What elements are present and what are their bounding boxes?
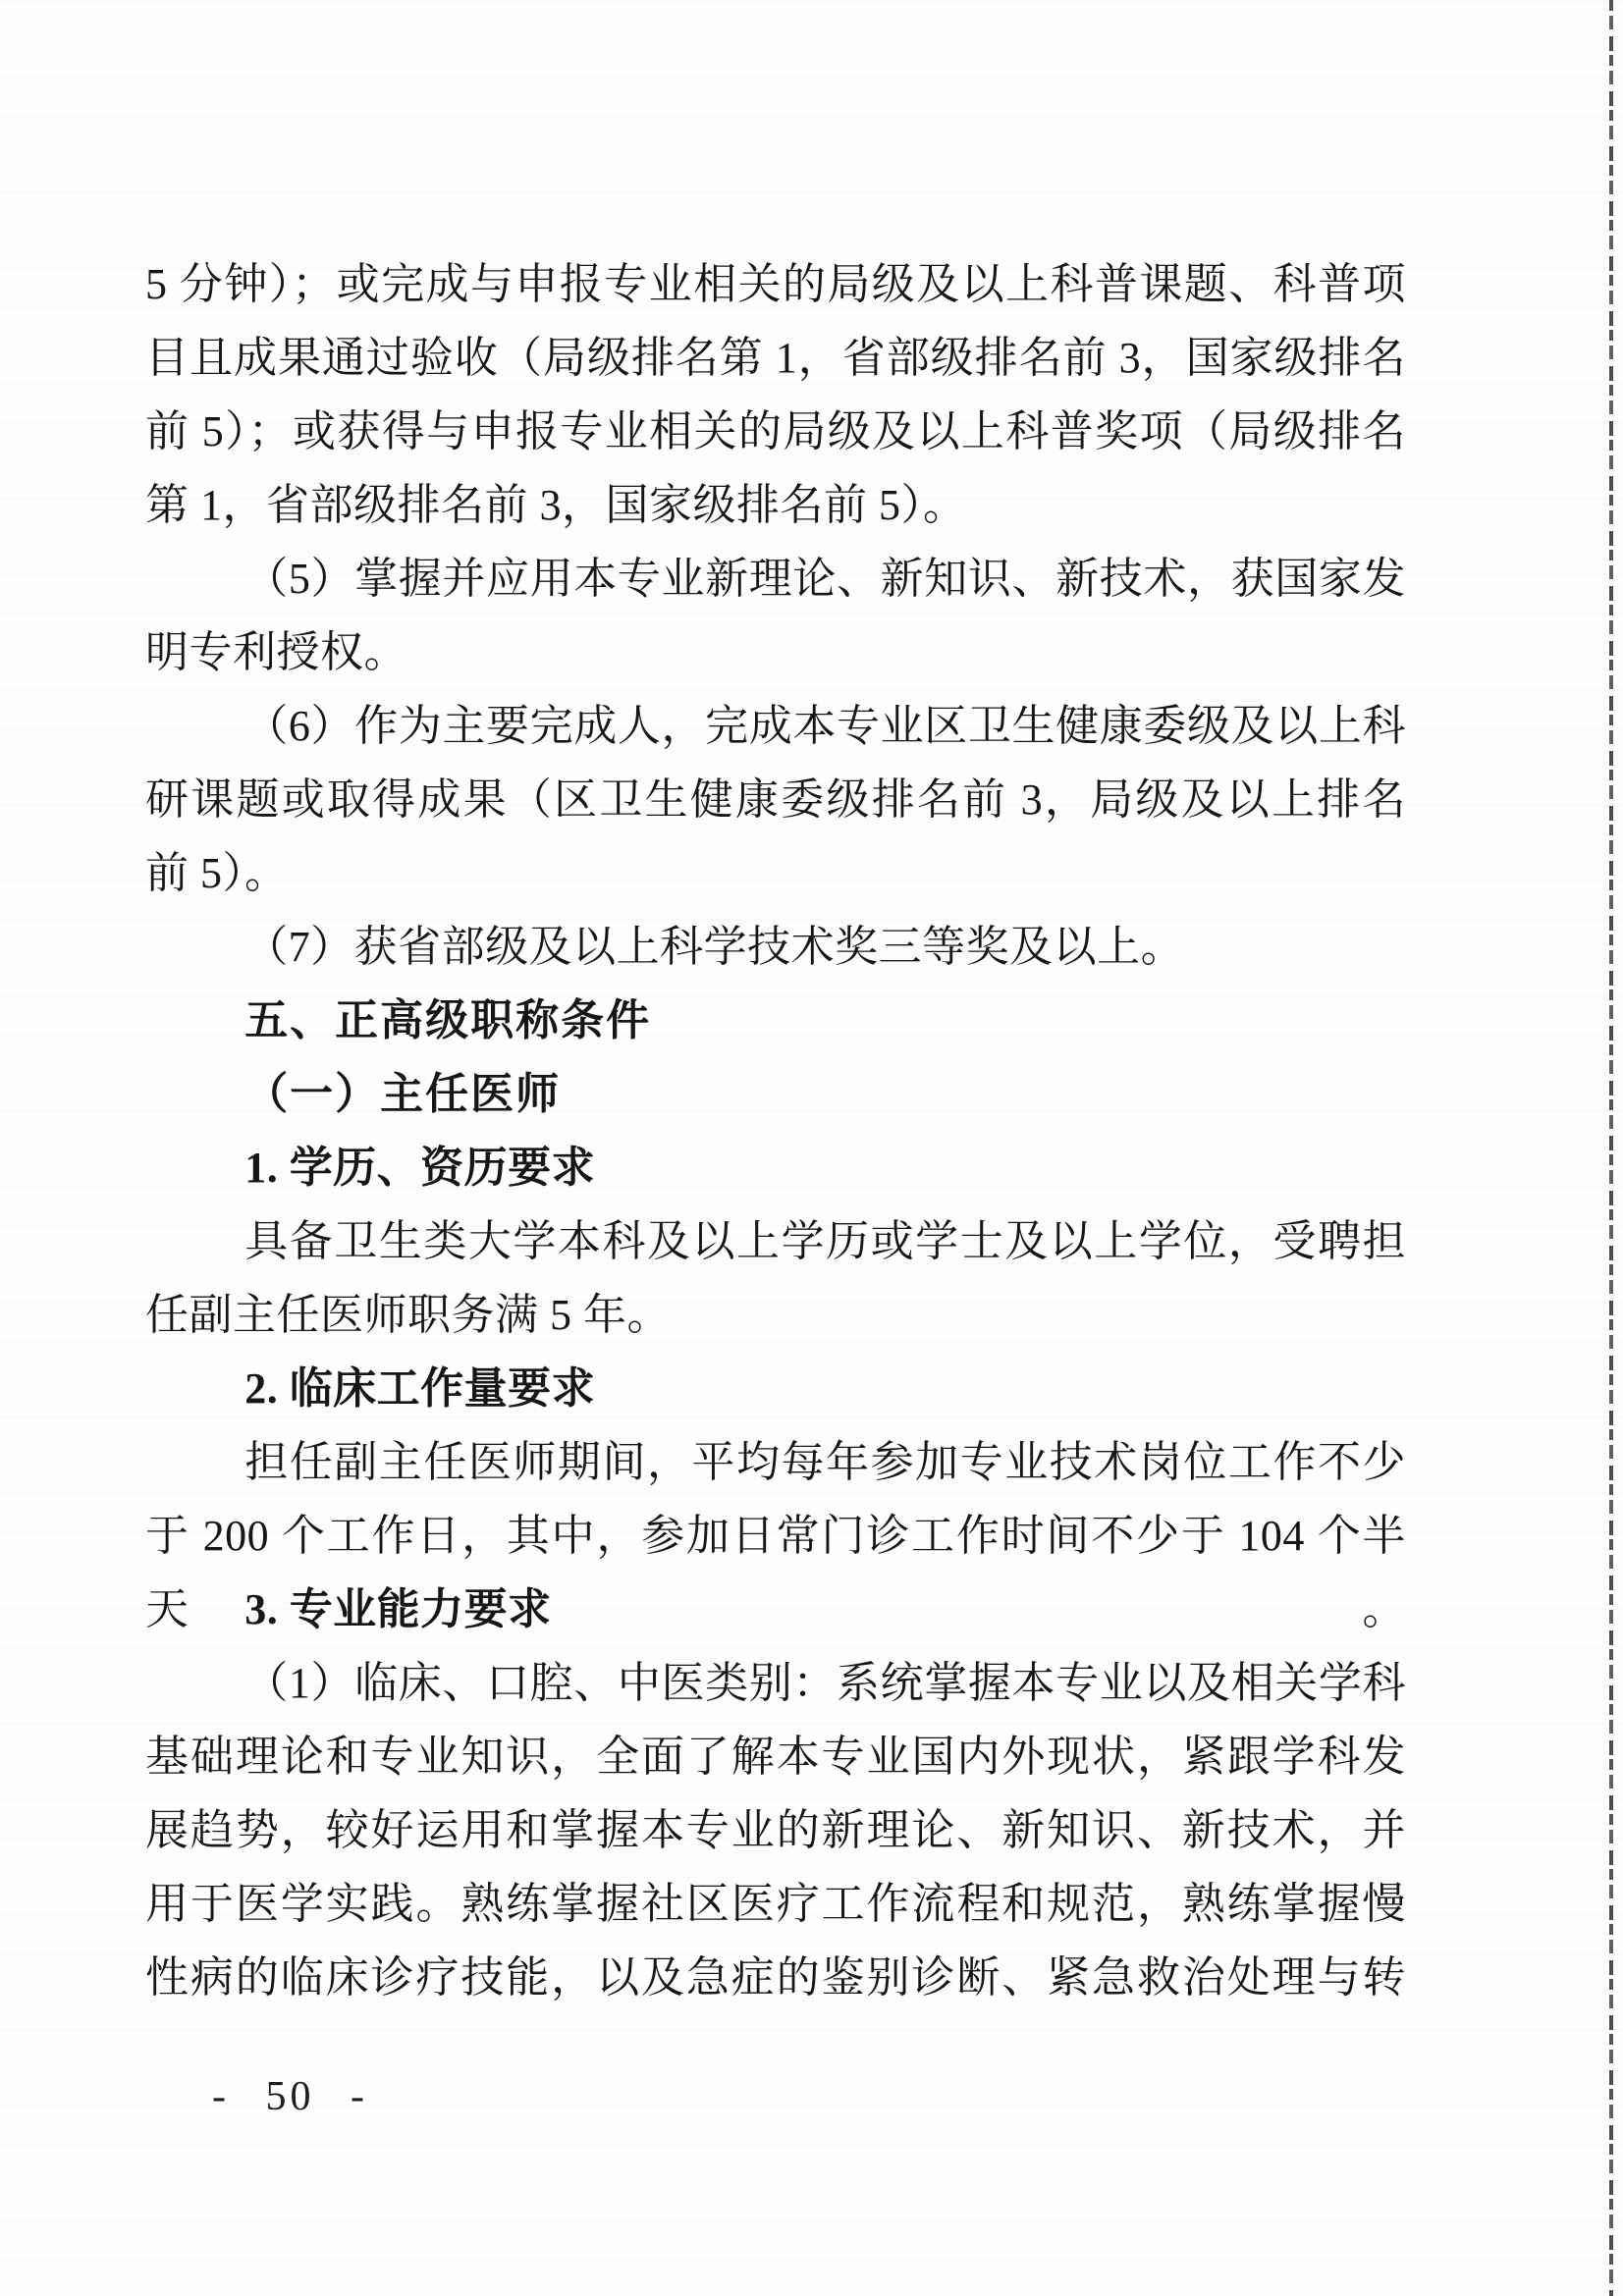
list-item-1: （1）临床、口腔、中医类别：系统掌握本专业以及相关学科 [145, 1646, 1406, 1720]
text-line: 基础理论和专业知识，全面了解本专业国内外现状，紧跟学科发 [145, 1720, 1406, 1793]
text-line: 任副主任医师职务满 5 年。 [145, 1278, 1406, 1352]
list-item-7: （7）获省部级及以上科学技术奖三等奖及以上。 [145, 910, 1406, 984]
section-heading-level1: 五、正高级职称条件 [145, 984, 1406, 1057]
document-body: 5 分钟）；或完成与申报专业相关的局级及以上科普课题、科普项 目且成果通过验收（… [145, 247, 1406, 2014]
section-heading-level2: （一）主任医师 [145, 1057, 1406, 1131]
text-line: 用于医学实践。熟练掌握社区医疗工作流程和规范，熟练掌握慢 [145, 1867, 1406, 1941]
text-line: 具备卫生类大学本科及以上学历或学士及以上学位，受聘担 [145, 1204, 1406, 1278]
text-line: 性病的临床诊疗技能，以及急症的鉴别诊断、紧急救治处理与转 [145, 1941, 1406, 2014]
document-page: 5 分钟）；或完成与申报专业相关的局级及以上科普课题、科普项 目且成果通过验收（… [0, 0, 1623, 2296]
text-line: 于 200 个工作日，其中，参加日常门诊工作时间不少于 104 个半天。 [145, 1499, 1406, 1573]
list-item-5: （5）掌握并应用本专业新理论、新知识、新技术，获国家发 [145, 542, 1406, 615]
page-number: - 50 - [212, 2073, 368, 2120]
text-line: 前 5）。 [145, 836, 1406, 910]
text-line: 目且成果通过验收（局级排名第 1，省部级排名前 3，国家级排名 [145, 321, 1406, 395]
list-item-6: （6）作为主要完成人，完成本专业区卫生健康委级及以上科 [145, 689, 1406, 763]
section-heading-level3: 1. 学历、资历要求 [145, 1131, 1406, 1204]
text-line: 担任副主任医师期间，平均每年参加专业技术岗位工作不少 [145, 1425, 1406, 1499]
text-line: 明专利授权。 [145, 615, 1406, 689]
text-line: 研课题或取得成果（区卫生健康委级排名前 3，局级及以上排名 [145, 763, 1406, 836]
text-line: 前 5）；或获得与申报专业相关的局级及以上科普奖项（局级排名 [145, 395, 1406, 468]
scan-edge-artifact [1609, 0, 1613, 2296]
section-heading-level3: 2. 临床工作量要求 [145, 1352, 1406, 1425]
text-line: 展趋势，较好运用和掌握本专业的新理论、新知识、新技术，并 [145, 1793, 1406, 1867]
text-line: 第 1，省部级排名前 3，国家级排名前 5）。 [145, 468, 1406, 542]
text-line: 5 分钟）；或完成与申报专业相关的局级及以上科普课题、科普项 [145, 247, 1406, 321]
